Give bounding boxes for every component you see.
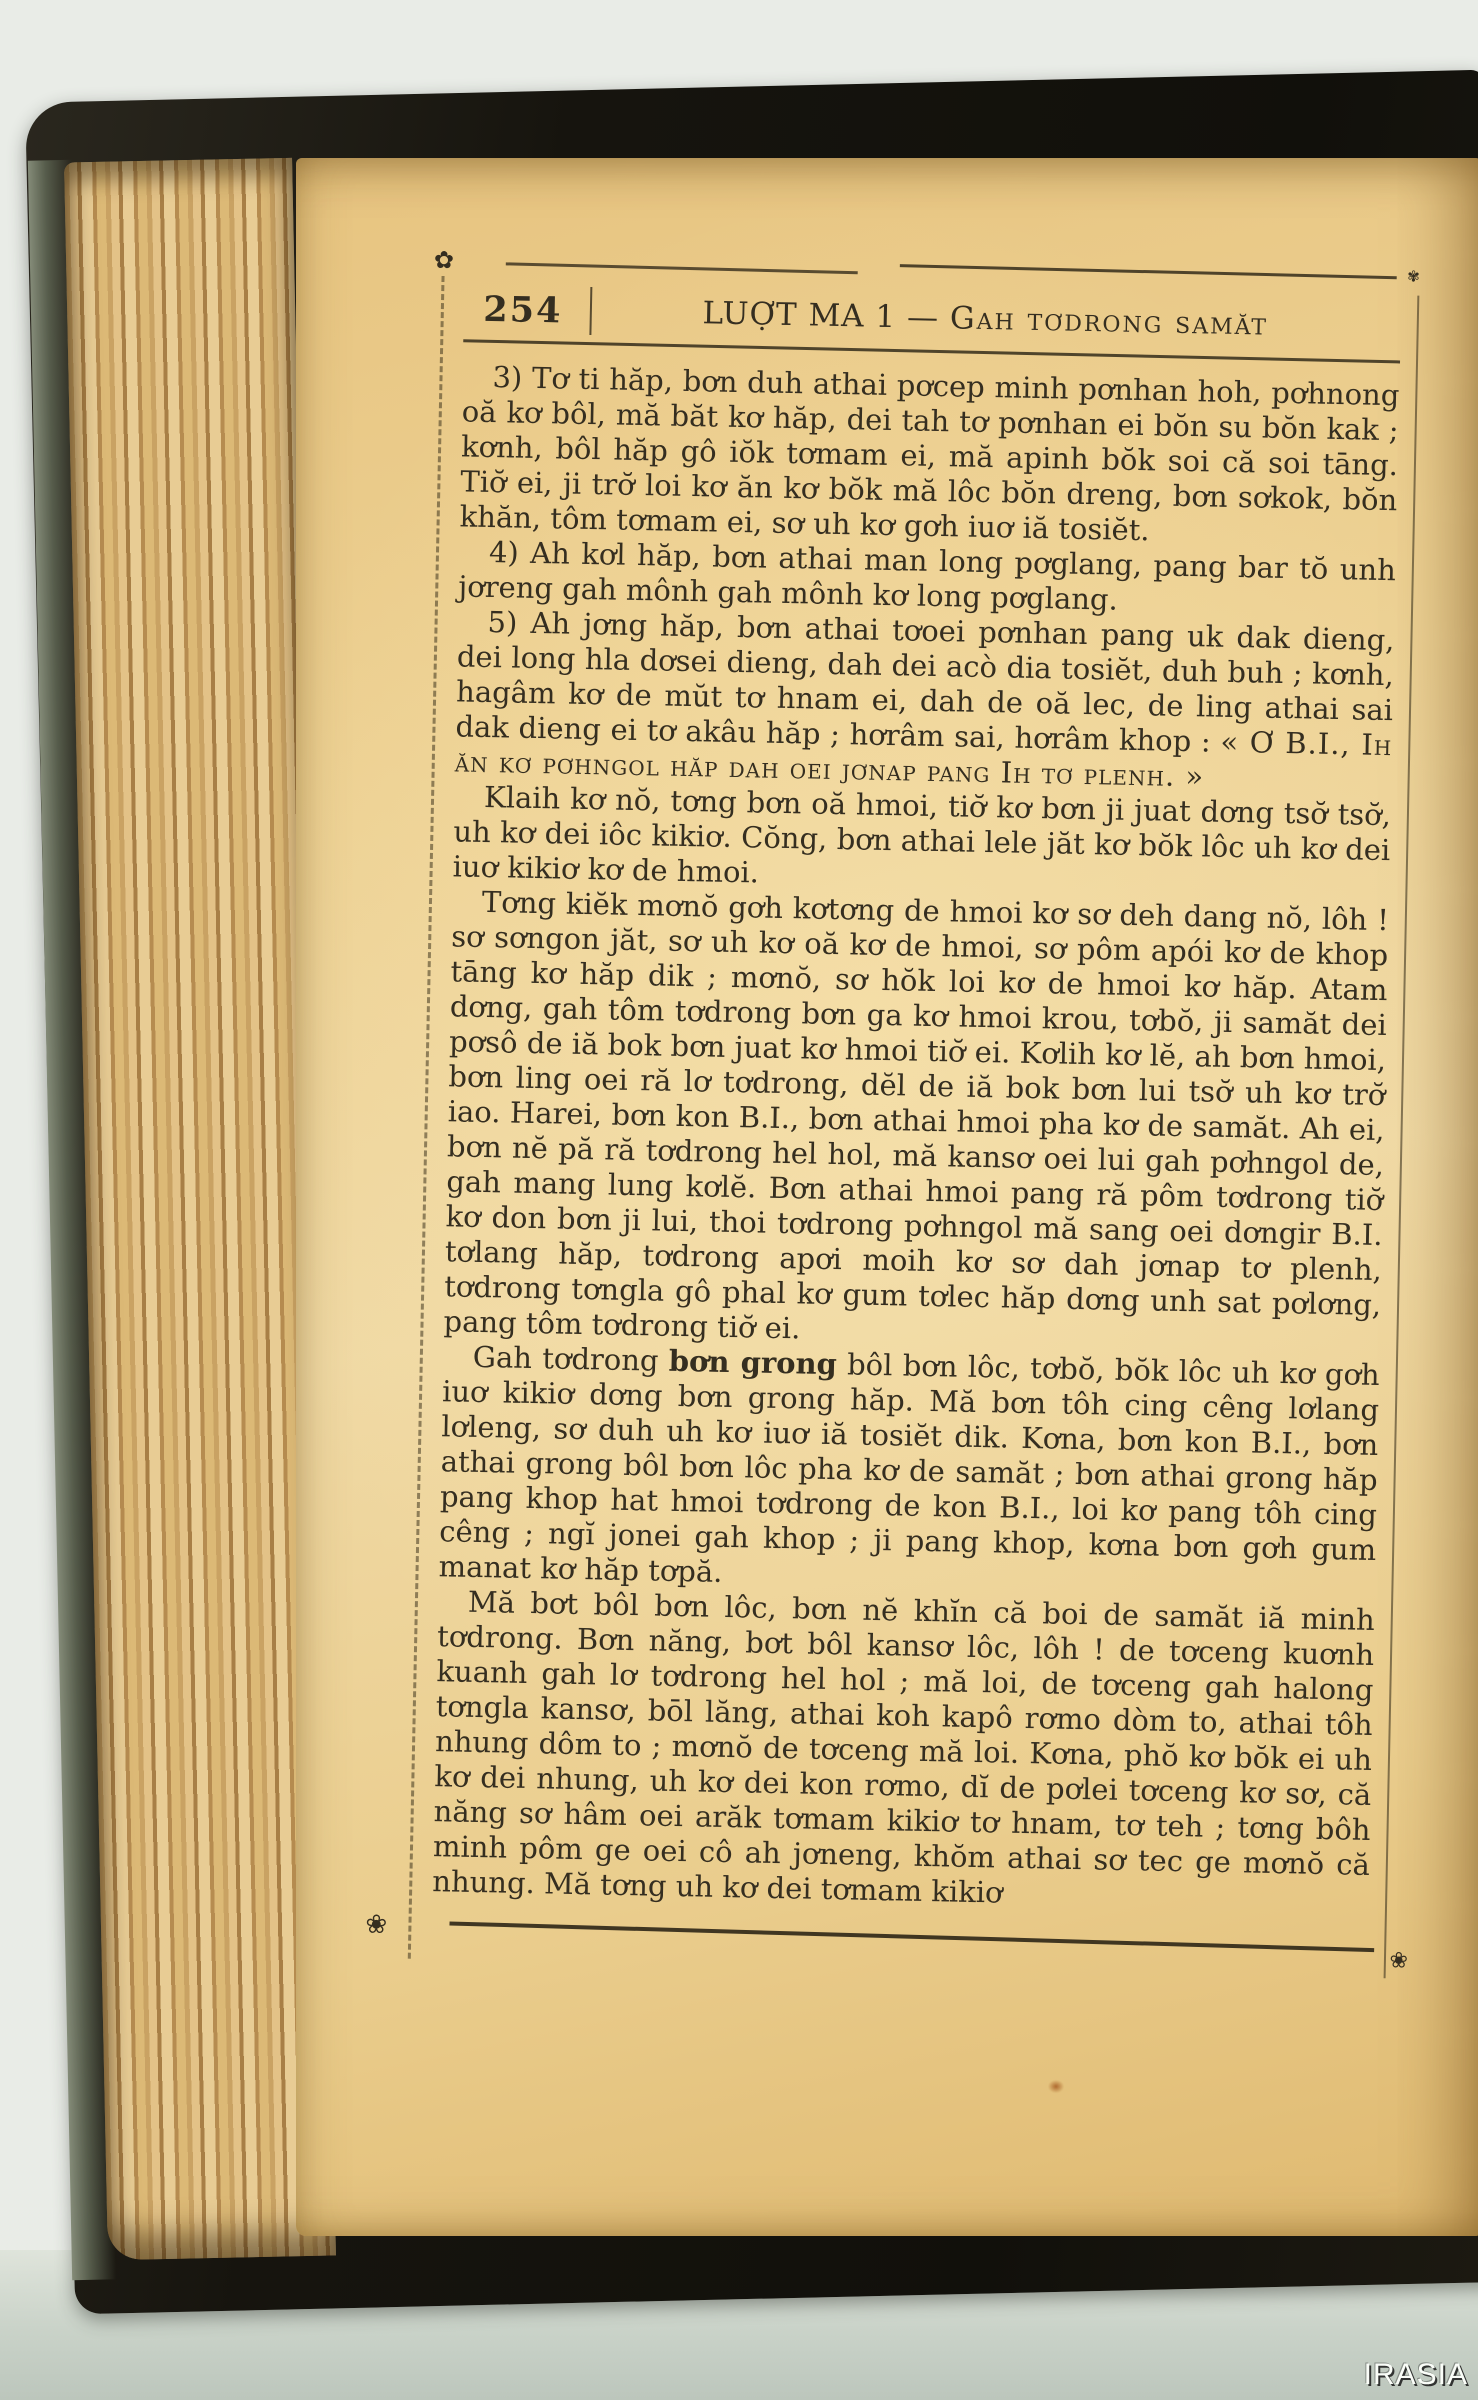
body-paragraph: 5) Ah jơng hăp, bơn athai tơoei pơnhan p… <box>454 604 1394 798</box>
text-segment-normal: Klaih kơ nŏ, tơng bơn oă hmoi, tiơ̆ kơ b… <box>452 780 1391 890</box>
page-stain <box>1048 2080 1064 2093</box>
body-text: 3) Tơ ti hăp, bơn duh athai pơcep minh p… <box>432 359 1400 1917</box>
header-divider <box>589 287 592 335</box>
body-paragraph: Tơng kiĕk mơnŏ gơh kơtơng de hmoi kơ sơ … <box>443 884 1389 1358</box>
body-paragraph: Gah tơdrong bơn grong bôl bơn lôc, tơbŏ,… <box>438 1339 1380 1603</box>
irasia-watermark: IRASIA <box>1364 2358 1468 2392</box>
top-rule-segment-left <box>506 262 858 274</box>
chapter-title: LUỢT MA 1 — Gah tơdrong samăt <box>600 293 1402 345</box>
text-segment-normal: bôl bơn lôc, tơbŏ, bŏk lôc uh kơ gơh iuơ… <box>438 1347 1380 1589</box>
top-rule-segment-right <box>900 264 1397 279</box>
text-segment-normal: Tơng kiĕk mơnŏ gơh kơtơng de hmoi kơ sơ … <box>443 885 1389 1345</box>
text-segment-normal: Gah tơdrong <box>473 1340 670 1378</box>
flower-ornament-icon: ❀ <box>365 1912 387 1938</box>
body-paragraph: 3) Tơ ti hăp, bơn duh athai pơcep minh p… <box>459 359 1399 553</box>
body-paragraph: Mă bơt bôl bơn lôc, bơn nĕ khĭn că boi d… <box>432 1584 1375 1918</box>
page-number: 254 <box>464 288 583 331</box>
text-segment-normal: Mă bơt bôl bơn lôc, bơn nĕ khĭn că boi d… <box>432 1585 1375 1910</box>
body-paragraph: Klaih kơ nŏ, tơng bơn oă hmoi, tiơ̆ kơ b… <box>452 779 1391 903</box>
chapter-title-separator: — <box>907 299 940 336</box>
chapter-title-sub: Gah tơdrong samăt <box>950 300 1269 342</box>
printed-area: ✿ ✾ 254 LUỢT MA 1 — Gah tơdrong samăt 3)… <box>408 254 1420 1978</box>
flower-ornament-icon: ✿ <box>434 248 455 272</box>
text-frame: 254 LUỢT MA 1 — Gah tơdrong samăt 3) Tơ … <box>408 276 1420 1978</box>
book-page: ✿ ✾ 254 LUỢT MA 1 — Gah tơdrong samăt 3)… <box>296 158 1478 2236</box>
footer-rule: ❀ ❀ <box>431 1913 1368 1966</box>
footer-rule-line <box>449 1921 1374 1951</box>
flower-ornament-icon: ❀ <box>1389 1950 1408 1972</box>
flower-ornament-icon: ✾ <box>1407 269 1420 284</box>
scanned-book-photo: ✿ ✾ 254 LUỢT MA 1 — Gah tơdrong samăt 3)… <box>0 0 1478 2400</box>
text-segment-normal: 3) Tơ ti hăp, bơn duh athai pơcep minh p… <box>459 360 1399 547</box>
chapter-title-main: LUỢT MA 1 <box>702 295 896 335</box>
text-segment-bold: bơn grong <box>668 1344 837 1381</box>
